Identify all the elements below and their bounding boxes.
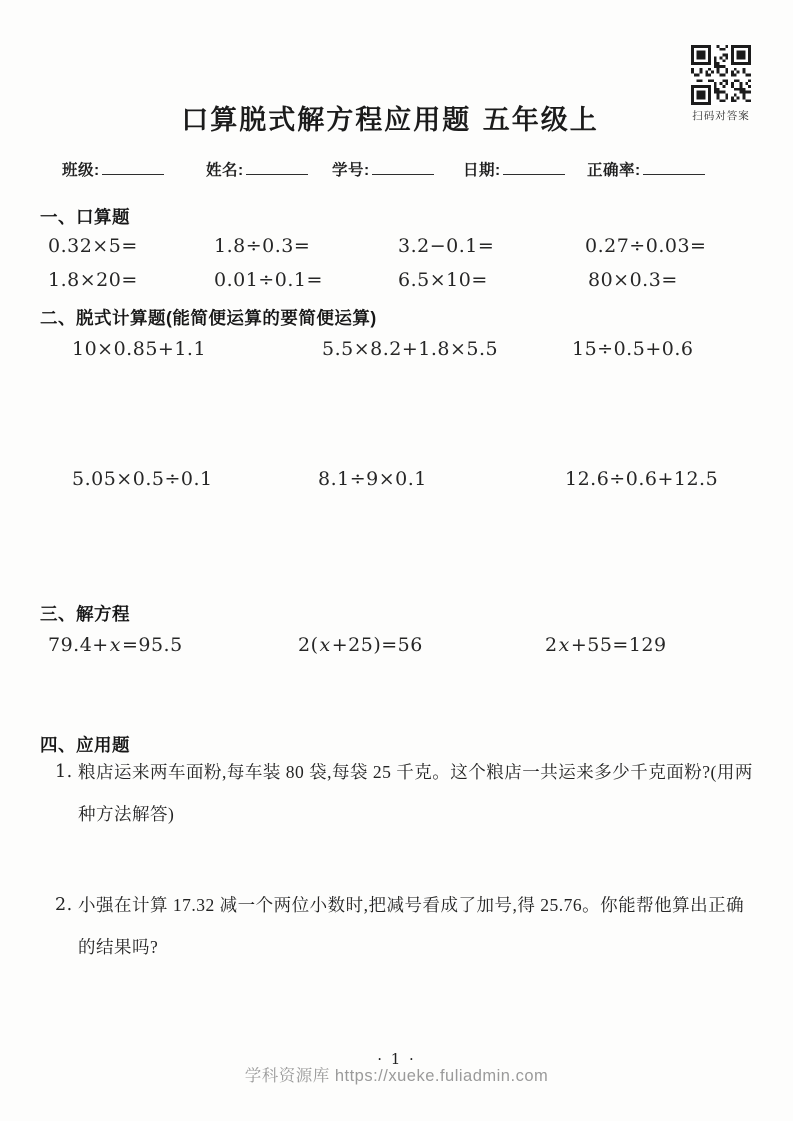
- field-date-blank: [503, 160, 565, 175]
- oral-eq: 0.32×5=: [48, 235, 138, 257]
- variable-x: x: [319, 634, 332, 656]
- oral-eq: 6.5×10=: [398, 269, 488, 291]
- word-problem-text: 粮店运来两车面粉,每车装 80 袋,每袋 25 千克。这个粮店一共运来多少千克面…: [78, 762, 753, 824]
- page-title: 口算脱式解方程应用题 五年级上: [0, 98, 780, 137]
- field-student-id: 学号:: [332, 158, 434, 180]
- oral-eq: 1.8×20=: [48, 269, 138, 291]
- equations-row: 79.4+x=95.5 2(x+25)=56 2x+55=129: [0, 634, 793, 658]
- field-date: 日期:: [463, 158, 565, 180]
- section-equations-heading: 三、解方程: [40, 601, 130, 626]
- field-class: 班级:: [62, 158, 164, 180]
- oral-row-2: 1.8×20= 0.01÷0.1= 6.5×10= 80×0.3=: [0, 269, 793, 293]
- oral-eq: 3.2−0.1=: [398, 235, 494, 257]
- field-name-label: 姓名:: [206, 162, 244, 179]
- word-problem-number: 1.: [55, 751, 73, 793]
- field-student-id-label: 学号:: [332, 162, 370, 179]
- field-accuracy-blank: [643, 160, 705, 175]
- solve-equation: 2(x+25)=56: [298, 634, 423, 656]
- stepwise-eq: 10×0.85+1.1: [72, 338, 206, 360]
- stepwise-eq: 5.05×0.5÷0.1: [72, 468, 213, 490]
- watermark-text: 学科资源库 https://xueke.fuliadmin.com: [0, 1062, 793, 1086]
- oral-eq: 0.27÷0.03=: [585, 235, 706, 257]
- field-class-label: 班级:: [62, 162, 100, 179]
- field-student-id-blank: [372, 160, 434, 175]
- word-problem-1: 1. 粮店运来两车面粉,每车装 80 袋,每袋 25 千克。这个粮店一共运来多少…: [55, 751, 755, 835]
- stepwise-row-2: 5.05×0.5÷0.1 8.1÷9×0.1 12.6÷0.6+12.5: [0, 468, 793, 492]
- word-problem-text: 小强在计算 17.32 减一个两位小数时,把减号看成了加号,得 25.76。你能…: [78, 895, 744, 957]
- oral-eq: 80×0.3=: [588, 269, 678, 291]
- oral-eq: 0.01÷0.1=: [214, 269, 323, 291]
- section-oral-heading: 一、口算题: [40, 204, 130, 229]
- stepwise-eq: 8.1÷9×0.1: [318, 468, 427, 490]
- oral-eq: 1.8÷0.3=: [214, 235, 310, 257]
- field-name-blank: [246, 160, 308, 175]
- oral-row-1: 0.32×5= 1.8÷0.3= 3.2−0.1= 0.27÷0.03=: [0, 235, 793, 259]
- stepwise-row-1: 10×0.85+1.1 5.5×8.2+1.8×5.5 15÷0.5+0.6: [0, 338, 793, 362]
- solve-equation: 2x+55=129: [545, 634, 667, 656]
- section-stepwise-heading: 二、脱式计算题(能简便运算的要简便运算): [40, 305, 377, 330]
- word-problem-2: 2. 小强在计算 17.32 减一个两位小数时,把减号看成了加号,得 25.76…: [55, 884, 755, 968]
- field-date-label: 日期:: [463, 162, 501, 179]
- field-accuracy: 正确率:: [587, 158, 705, 180]
- field-class-blank: [102, 160, 164, 175]
- variable-x: x: [558, 634, 571, 656]
- solve-equation: 79.4+x=95.5: [48, 634, 183, 656]
- qr-code-icon: [691, 45, 751, 105]
- field-accuracy-label: 正确率:: [587, 162, 641, 179]
- field-name: 姓名:: [206, 158, 308, 180]
- word-problem-number: 2.: [55, 884, 73, 926]
- stepwise-eq: 15÷0.5+0.6: [572, 338, 693, 360]
- stepwise-eq: 12.6÷0.6+12.5: [565, 468, 718, 490]
- worksheet-page: 扫码对答案 口算脱式解方程应用题 五年级上 班级: 姓名: 学号: 日期: 正确…: [0, 0, 793, 1121]
- variable-x: x: [109, 634, 122, 656]
- stepwise-eq: 5.5×8.2+1.8×5.5: [322, 338, 498, 360]
